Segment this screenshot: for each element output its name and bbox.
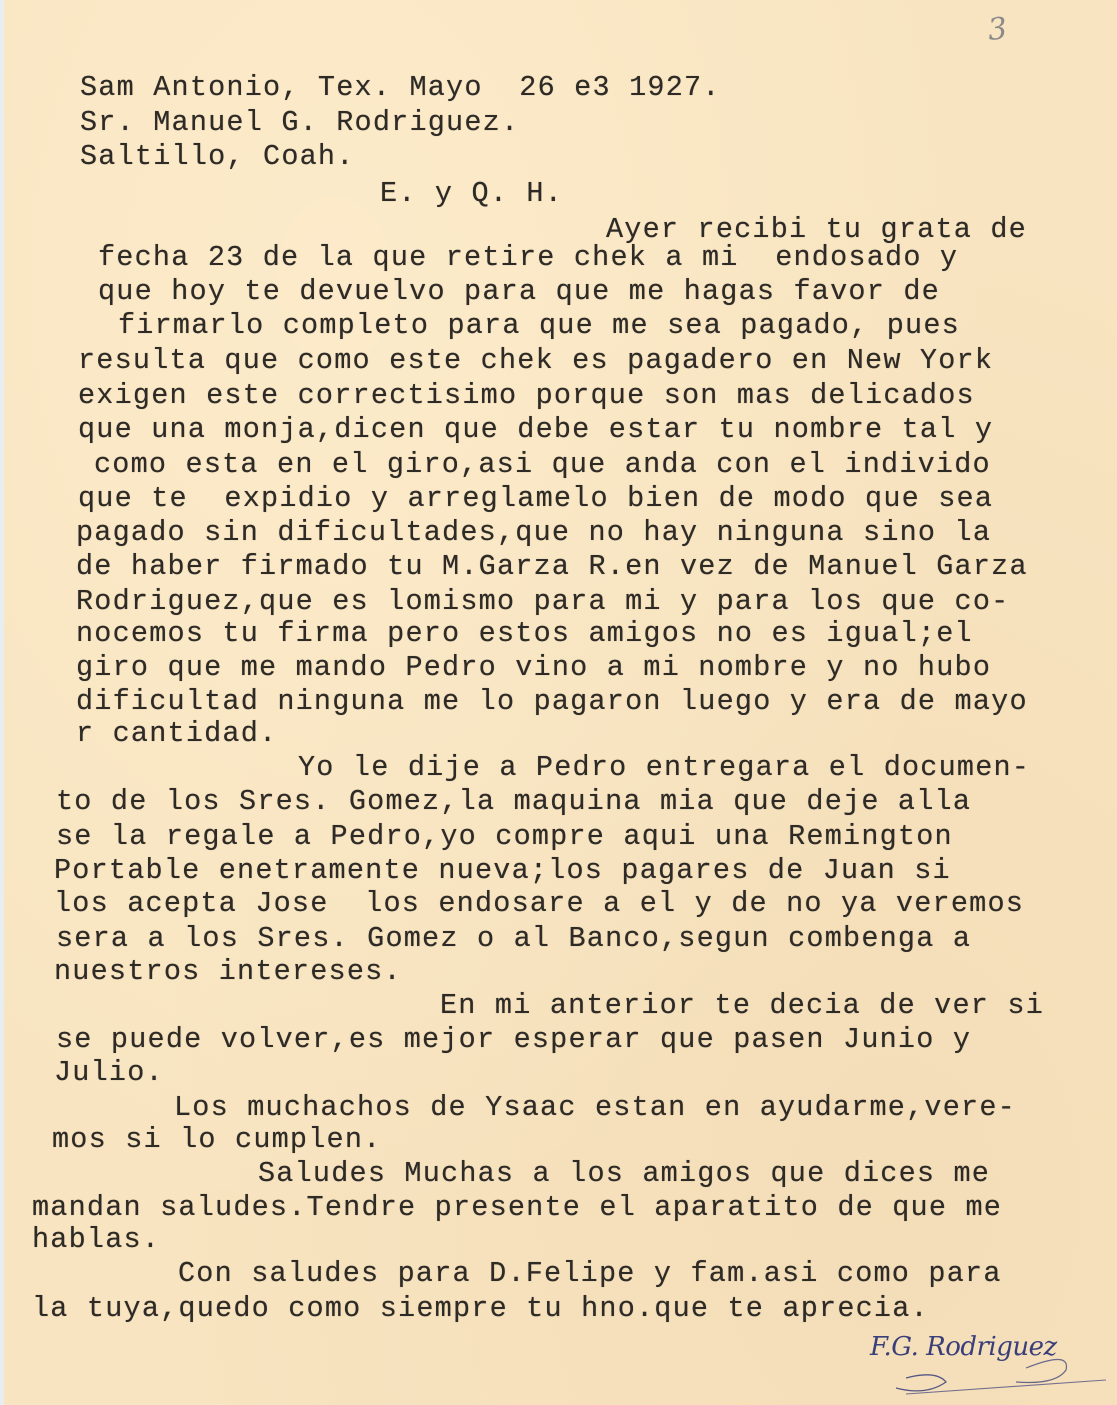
body-line: Con saludes para D.Felipe y fam.asi como… xyxy=(178,1260,1002,1289)
body-line: dificultad ninguna me lo pagaron luego y… xyxy=(76,688,1028,717)
body-line: to de los Sres. Gomez,la maquina mia que… xyxy=(56,788,971,817)
body-line: la tuya,quedo como siempre tu hno.que te… xyxy=(32,1295,929,1324)
body-line: nuestros intereses. xyxy=(54,958,402,987)
body-line: Saludes Muchas a los amigos que dices me xyxy=(258,1160,990,1189)
body-line: Portable enetramente nueva;los pagares d… xyxy=(54,857,951,886)
body-line: Rodriguez,que es lomismo para mi y para … xyxy=(76,588,1009,617)
body-line: fecha 23 de la que retire chek a mi endo… xyxy=(98,244,958,273)
salutation: E. y Q. H. xyxy=(380,180,563,209)
body-line: pagado sin dificultades,que no hay ningu… xyxy=(76,519,991,548)
body-line: Julio. xyxy=(54,1059,164,1088)
signature-flourish-icon xyxy=(866,1330,1106,1400)
body-line: hablas. xyxy=(32,1226,160,1255)
body-line: de haber firmado tu M.Garza R.en vez de … xyxy=(76,553,1028,582)
place-date: Sam Antonio, Tex. Mayo 26 e3 1927. xyxy=(80,74,721,103)
recipient-name: Sr. Manuel G. Rodriguez. xyxy=(80,109,519,138)
recipient-city: Saltillo, Coah. xyxy=(80,143,355,172)
body-line: sera a los Sres. Gomez o al Banco,segun … xyxy=(56,925,971,954)
body-line: giro que me mando Pedro vino a mi nombre… xyxy=(76,654,991,683)
body-line: se la regale a Pedro,yo compre aqui una … xyxy=(56,823,953,852)
body-line: que te expidio y arreglamelo bien de mod… xyxy=(78,485,993,514)
body-line: como esta en el giro,asi que anda con el… xyxy=(94,451,991,480)
body-line: firmarlo completo para que me sea pagado… xyxy=(118,312,960,341)
handwritten-signature: F.G. Rodriguez xyxy=(866,1330,1106,1400)
body-line: mos si lo cumplen. xyxy=(52,1126,381,1155)
body-line: resulta que como este chek es pagadero e… xyxy=(78,347,993,376)
body-line: En mi anterior te decia de ver si xyxy=(440,992,1044,1021)
body-line: exigen este correctisimo porque son mas … xyxy=(78,382,975,411)
body-line: se puede volver,es mejor esperar que pas… xyxy=(56,1026,971,1055)
body-line: Los muchachos de Ysaac estan en ayudarme… xyxy=(174,1094,1016,1123)
body-line: nocemos tu firma pero estos amigos no es… xyxy=(76,620,973,649)
body-line: que hoy te devuelvo para que me hagas fa… xyxy=(98,278,940,307)
body-line: que una monja,dicen que debe estar tu no… xyxy=(78,416,993,445)
body-line: Yo le dije a Pedro entregara el documen- xyxy=(298,754,1030,783)
body-line: r cantidad. xyxy=(76,720,277,749)
page-number: 3 xyxy=(986,11,1009,48)
letter-page: 3 Sam Antonio, Tex. Mayo 26 e3 1927. Sr.… xyxy=(0,0,1117,1405)
page-edge xyxy=(0,0,4,1405)
body-line: los acepta Jose los endosare a el y de n… xyxy=(54,890,1024,919)
body-line: mandan saludes.Tendre presente el aparat… xyxy=(32,1194,1002,1223)
